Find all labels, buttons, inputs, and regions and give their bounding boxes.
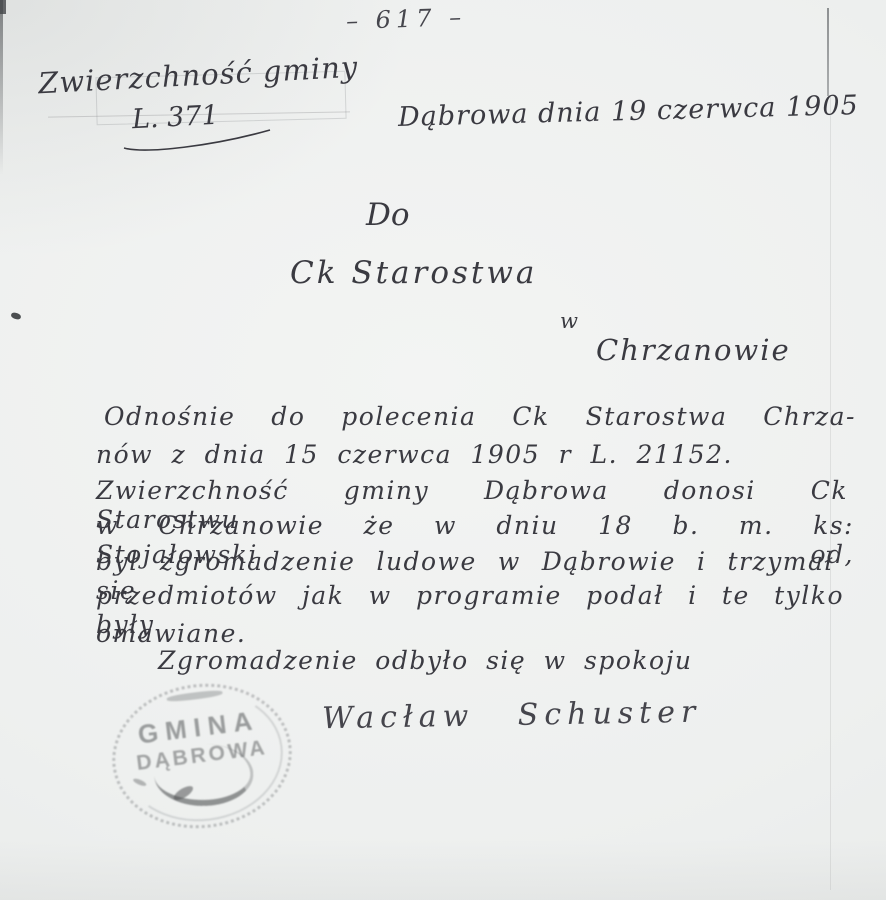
body-line: nów z dnia 15 czerwca 1905 r L. 21152. <box>96 440 733 469</box>
underline-flourish <box>118 124 278 154</box>
salutation: Do <box>366 197 410 233</box>
fold-line-faint <box>830 96 831 890</box>
addressee-city: Chrzanowie <box>596 333 791 367</box>
addressee-office: Ck Starostwa <box>290 255 537 291</box>
stamp-imprint: GMINA DĄBROWA <box>104 674 300 839</box>
scan-shading-bottom <box>0 840 886 900</box>
closing-line: Zgromadzenie odbyło się w spokoju <box>158 646 692 675</box>
scan-edge-mark <box>0 0 6 14</box>
body-line: Odnośnie do polecenia Ck Starostwa Chrza… <box>96 402 856 431</box>
scanned-letter-page: – 617 – Zwierzchność gminy L. 371 Dąbrow… <box>0 0 886 900</box>
addressee-preposition: w <box>560 309 578 333</box>
place-date-line: Dąbrowa dnia 19 czerwca 1905 <box>398 90 859 133</box>
scan-edge <box>0 0 3 175</box>
fold-line <box>827 8 829 96</box>
page-number: – 617 – <box>346 3 467 35</box>
body-line: omawiane. <box>96 619 246 648</box>
ink-speck <box>10 312 21 321</box>
signature-name: Wacław Schuster <box>322 695 702 737</box>
